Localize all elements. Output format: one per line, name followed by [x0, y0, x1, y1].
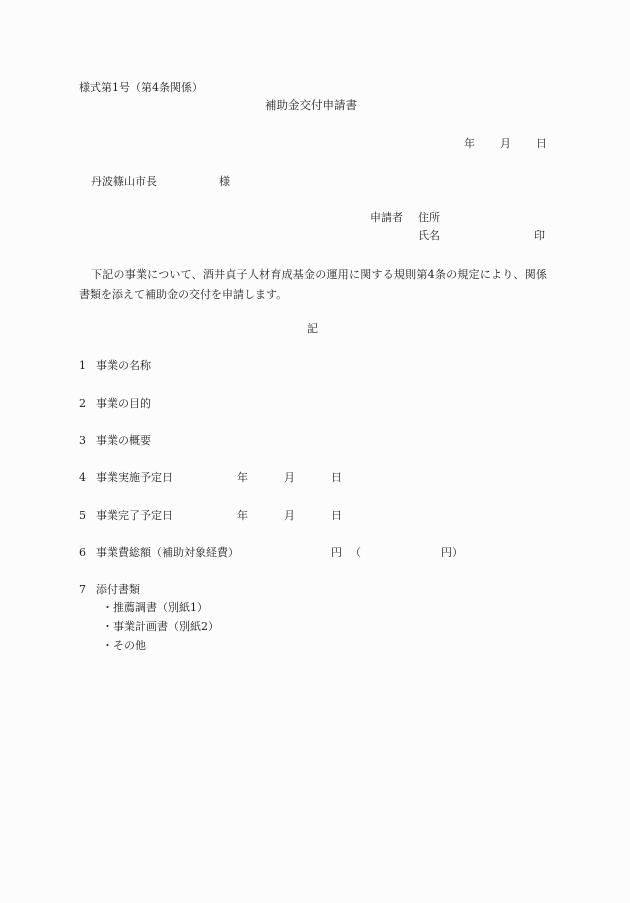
- form-number: 様式第1号（第4条関係）: [79, 82, 203, 93]
- item-number: 5: [79, 510, 86, 521]
- item-label: 事業の名称: [96, 360, 151, 371]
- applicant-name-label: 氏名: [418, 230, 440, 241]
- item-month-label: 月: [284, 510, 295, 521]
- addressee-name: 丹波篠山市長: [91, 176, 157, 187]
- item-day-label: 日: [331, 510, 342, 521]
- date-month-label: 月: [500, 138, 511, 149]
- seal-label: 印: [534, 230, 545, 241]
- attachment-item: ・事業計画書（別紙2）: [102, 621, 219, 632]
- ki-heading: 記: [307, 323, 318, 334]
- item-label: 添付書類: [96, 584, 140, 595]
- addressee-honorific: 様: [219, 176, 230, 187]
- item-label: 事業の概要: [96, 435, 151, 446]
- item-number: 1: [79, 360, 86, 371]
- attachment-item: ・推薦調書（別紙1）: [102, 602, 208, 613]
- attachment-item: ・その他: [102, 640, 146, 651]
- applicant-address-label: 住所: [418, 212, 440, 223]
- item-number: 4: [79, 472, 86, 483]
- subsidy-paren-open: （: [350, 547, 361, 558]
- item-month-label: 月: [284, 472, 295, 483]
- item-label: 事業の目的: [96, 398, 151, 409]
- item-label: 事業完了予定日: [96, 510, 173, 521]
- subsidy-yen-label: 円）: [441, 547, 463, 558]
- item-number: 7: [79, 584, 86, 595]
- body-paragraph: 下記の事業について、酒井貞子人材育成基金の運用に関する規則第4条の規定により、関…: [79, 265, 547, 305]
- item-label: 事業実施予定日: [96, 472, 173, 483]
- item-year-label: 年: [237, 472, 248, 483]
- item-number: 3: [79, 435, 86, 446]
- date-year-label: 年: [464, 138, 475, 149]
- item-day-label: 日: [331, 472, 342, 483]
- item-number: 2: [79, 398, 86, 409]
- item-year-label: 年: [237, 510, 248, 521]
- applicant-label: 申請者: [370, 212, 403, 223]
- total-yen-label: 円: [331, 547, 342, 558]
- item-label: 事業費総額（補助対象経費）: [96, 547, 239, 558]
- item-number: 6: [79, 547, 86, 558]
- date-day-label: 日: [536, 138, 547, 149]
- document-title: 補助金交付申請書: [265, 100, 357, 112]
